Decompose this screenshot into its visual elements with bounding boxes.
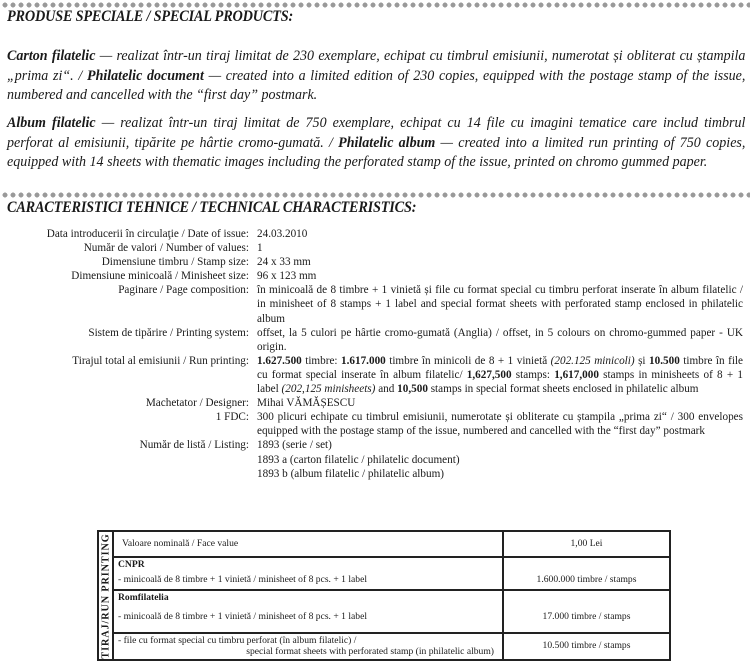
table-row-cnpr: CNPR - minicoală de 8 timbre + 1 vinietă… xyxy=(114,558,669,591)
spec-label: Machetator / Designer: xyxy=(0,396,249,410)
spec-row: Dimensiune minicoală / Minisheet size:96… xyxy=(0,269,750,283)
special-item-line2: special format sheets with perforated st… xyxy=(246,646,494,657)
spec-value-part: 10,500 xyxy=(397,383,428,395)
cnpr-title: CNPR xyxy=(118,559,145,570)
spec-label: Număr de valori / Number of values: xyxy=(0,241,249,255)
spec-row: Număr de listă / Listing:1893 (serie / s… xyxy=(0,438,750,480)
face-value-label: Valoare nominală / Face value xyxy=(122,538,238,549)
spec-value-part: timbre: xyxy=(302,355,341,367)
cnpr-item: - minicoală de 8 timbre + 1 vinietă / mi… xyxy=(118,574,367,585)
spec-row: Număr de valori / Number of values:1 xyxy=(0,241,750,255)
spec-label: Data introducerii în circulaţie / Date o… xyxy=(0,227,249,241)
spec-label: Paginare / Page composition: xyxy=(0,283,249,325)
spec-value-part: stamps: xyxy=(512,369,555,381)
spec-label: Sistem de tipărire / Printing system: xyxy=(0,326,249,354)
technical-characteristics-heading: CARACTERISTICI TEHNICE / TECHNICAL CHARA… xyxy=(7,199,416,217)
spec-value-part: and xyxy=(375,383,397,395)
carton-filatelic-paragraph: Carton filatelic — realizat într-un tira… xyxy=(7,46,745,105)
spec-value-part: (202.125 minicoli) xyxy=(551,355,635,367)
spec-value: 1 xyxy=(257,241,743,255)
listing-line: 1893 b (album filatelic / philatelic alb… xyxy=(257,467,743,481)
album-filatelic-paragraph: Album filatelic — realizat într-un tiraj… xyxy=(7,113,745,172)
spec-value: 1.627.500 timbre: 1.617.000 timbre în mi… xyxy=(257,354,743,396)
spec-value: 96 x 123 mm xyxy=(257,269,743,283)
run-printing-side-label: TIRAJ/RUN PRINTING xyxy=(99,532,114,659)
table-row-romfilatelia: Romfilatelia - minicoală de 8 timbre + 1… xyxy=(114,591,669,634)
spec-value-part: (202,125 minisheets) xyxy=(282,383,376,395)
technical-specs-list: Data introducerii în circulaţie / Date o… xyxy=(0,227,750,481)
spec-row: Sistem de tipărire / Printing system:off… xyxy=(0,326,750,354)
special-products-heading: PRODUSE SPECIALE / SPECIAL PRODUCTS: xyxy=(7,8,293,26)
special-value: 10.500 timbre / stamps xyxy=(504,640,669,651)
spec-value: în minicoală de 8 timbre + 1 vinietă și … xyxy=(257,283,743,325)
spec-value-part: 1.627.500 xyxy=(257,355,302,367)
listing-line: 1893 (serie / set) xyxy=(257,438,743,452)
spec-label: 1 FDC: xyxy=(0,410,249,438)
romfilatelia-item: - minicoală de 8 timbre + 1 vinietă / mi… xyxy=(118,611,367,622)
spec-value-part: 1.617.000 xyxy=(341,355,386,367)
face-value: 1,00 Lei xyxy=(504,538,669,549)
spec-row: 1 FDC:300 plicuri echipate cu timbrul em… xyxy=(0,410,750,438)
table-row-face-value: Valoare nominală / Face value 1,00 Lei xyxy=(114,532,669,558)
side-label-text: TIRAJ/RUN PRINTING xyxy=(100,533,111,658)
listing-line: 1893 a (carton filatelic / philatelic do… xyxy=(257,453,743,467)
spec-label: Dimensiune timbru / Stamp size: xyxy=(0,255,249,269)
spec-value: 300 plicuri echipate cu timbrul emisiuni… xyxy=(257,410,743,438)
dotted-separator-middle xyxy=(0,192,750,198)
album-title-ro: Album filatelic xyxy=(7,114,96,131)
album-title-en: Philatelic album xyxy=(338,134,435,151)
spec-value-part: 10.500 xyxy=(649,355,680,367)
spec-row: Tirajul total al emisiunii / Run printin… xyxy=(0,354,750,396)
spec-value: offset, la 5 culori pe hârtie cromo-guma… xyxy=(257,326,743,354)
spec-label: Tirajul total al emisiunii / Run printin… xyxy=(0,354,249,396)
spec-value: 24.03.2010 xyxy=(257,227,743,241)
spec-value: 24 x 33 mm xyxy=(257,255,743,269)
spec-row: Paginare / Page composition:în minicoală… xyxy=(0,283,750,325)
carton-title-ro: Carton filatelic xyxy=(7,47,95,64)
spec-label: Număr de listă / Listing: xyxy=(0,438,249,480)
spec-value-part: stamps in special format sheets enclosed… xyxy=(428,383,699,395)
spec-value: 1893 (serie / set)1893 a (carton filatel… xyxy=(257,438,743,480)
table-row-special-sheets: - file cu format special cu timbru perfo… xyxy=(114,634,669,659)
romfilatelia-title: Romfilatelia xyxy=(118,592,169,603)
spec-value-part: timbre în minicoli de 8 + 1 vinietă xyxy=(386,355,551,367)
spec-value-part: 1,617,000 xyxy=(554,369,599,381)
spec-value-part: 1,627,500 xyxy=(467,369,512,381)
carton-title-en: Philatelic document xyxy=(87,67,204,84)
spec-row: Data introducerii în circulaţie / Date o… xyxy=(0,227,750,241)
spec-value-part: și xyxy=(635,355,649,367)
special-item-line1: - file cu format special cu timbru perfo… xyxy=(118,635,356,646)
spec-row: Dimensiune timbru / Stamp size:24 x 33 m… xyxy=(0,255,750,269)
spec-label: Dimensiune minicoală / Minisheet size: xyxy=(0,269,249,283)
spec-value: Mihai VĂMĂȘESCU xyxy=(257,396,743,410)
cnpr-value: 1.600.000 timbre / stamps xyxy=(504,574,669,585)
spec-row: Machetator / Designer:Mihai VĂMĂȘESCU xyxy=(0,396,750,410)
run-printing-table: TIRAJ/RUN PRINTING Valoare nominală / Fa… xyxy=(97,530,671,661)
romfilatelia-value: 17.000 timbre / stamps xyxy=(504,611,669,622)
